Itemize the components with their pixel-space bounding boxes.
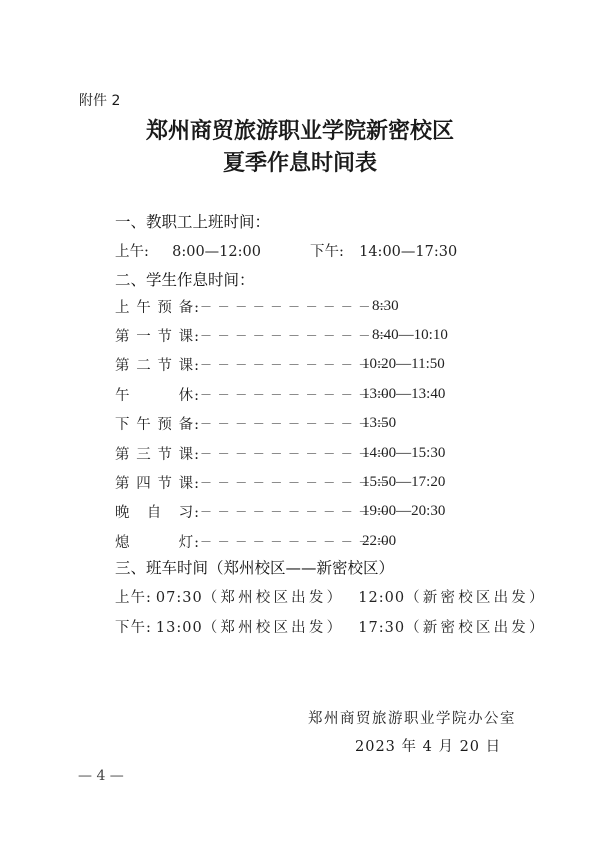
label-char: 预 [157, 413, 173, 434]
staff-morning-label: 上午: [115, 244, 149, 260]
schedule-row: 熄灯:－－－－－－－－－－－22:00 [115, 531, 396, 551]
label-char: 四 [136, 472, 152, 493]
staff-afternoon: 下午: 14:00—17:30 [310, 240, 457, 261]
label-char: 第 [115, 472, 131, 493]
page-number: — 4 — [78, 768, 124, 784]
dash-leader: －－－－－－－－－－－ [200, 474, 362, 491]
schedule-row-time: 22:00 [362, 533, 396, 550]
label-char: 第 [115, 354, 131, 375]
dash-leader: －－－－－－－－－－－ [200, 386, 362, 403]
dash-leader: －－－－－－－－－－－ [200, 356, 362, 373]
bus-period: 上午: [115, 586, 152, 607]
bus-departure-time-2: 12:00 [358, 590, 405, 606]
label-char: 熄 [115, 531, 131, 552]
staff-afternoon-label: 下午: [310, 244, 344, 260]
bus-departure-origin-2: （新密校区出发） [405, 616, 547, 637]
schedule-row: 下午预备:－－－－－－－－－－－13:50 [115, 414, 396, 434]
staff-morning-time: 8:00—12:00 [172, 244, 261, 260]
attachment-label: 附件 2 [79, 90, 120, 110]
dash-leader: －－－－－－－－－－－ [200, 298, 362, 315]
schedule-row-label: 熄灯: [115, 531, 200, 552]
staff-hours-line: 上午: 8:00—12:00 [115, 240, 261, 261]
staff-afternoon-time: 14:00—17:30 [359, 244, 457, 260]
schedule-row: 上午预备:－－－－－－－－－－－8:30 [115, 296, 399, 316]
label-char: 一 [136, 325, 152, 346]
schedule-row-time: 15:50—17:20 [362, 474, 445, 491]
dash-leader: －－－－－－－－－－－ [200, 415, 362, 432]
label-char: 节 [157, 325, 173, 346]
label-char: 三 [136, 443, 152, 464]
dash-leader: －－－－－－－－－－－ [200, 445, 362, 462]
bus-row: 下午:13:00（郑州校区出发）17:30（新密校区出发） [115, 616, 547, 637]
schedule-row: 晚自习:－－－－－－－－－－－19:00—20:30 [115, 502, 445, 522]
label-char: 下 [115, 413, 131, 434]
label-char: 备: [179, 413, 200, 434]
schedule-row-time: 10:20—11:50 [362, 356, 445, 373]
label-char: 第 [115, 443, 131, 464]
label-char: 备: [179, 296, 200, 317]
schedule-row: 午休:－－－－－－－－－－－13:00—13:40 [115, 384, 445, 404]
label-char: 午 [136, 413, 152, 434]
schedule-row-label: 第三节课: [115, 443, 200, 464]
schedule-row: 第四节课:－－－－－－－－－－－15:50—17:20 [115, 472, 445, 492]
label-char: 灯: [179, 531, 200, 552]
schedule-row: 第一节课:－－－－－－－－－－－8:40—10:10 [115, 325, 448, 345]
label-char: 课: [179, 472, 200, 493]
student-schedule-heading: 二、学生作息时间： [115, 268, 255, 290]
dash-leader: －－－－－－－－－－－ [200, 503, 362, 520]
label-char: 节 [157, 472, 173, 493]
schedule-row-label: 上午预备: [115, 296, 200, 317]
bus-departure-origin-1: （郑州校区出发） [203, 586, 345, 607]
label-char: 节 [157, 354, 173, 375]
document-title: 郑州商贸旅游职业学院新密校区 [0, 114, 600, 145]
schedule-row: 第二节课:－－－－－－－－－－－10:20—11:50 [115, 355, 445, 375]
bus-row: 上午:07:30（郑州校区出发）12:00（新密校区出发） [115, 586, 547, 607]
bus-period: 下午: [115, 616, 152, 637]
label-char: 课: [179, 443, 200, 464]
schedule-row-time: 14:00—15:30 [362, 445, 445, 462]
schedule-row-time: 8:30 [362, 298, 399, 315]
bus-departure-time-1: 07:30 [156, 590, 203, 606]
schedule-row: 第三节课:－－－－－－－－－－－14:00—15:30 [115, 443, 445, 463]
schedule-row-label: 午休: [115, 384, 200, 405]
schedule-row-label: 第二节课: [115, 354, 200, 375]
bus-departure-time-2: 17:30 [358, 620, 405, 636]
bus-departure-origin-1: （郑州校区出发） [203, 616, 345, 637]
schedule-row-time: 13:50 [362, 415, 396, 432]
label-char: 习: [179, 501, 200, 522]
document-subtitle: 夏季作息时间表 [0, 146, 600, 177]
schedule-row-time: 19:00—20:30 [362, 503, 445, 520]
label-char: 午 [115, 384, 131, 405]
label-char: 节 [157, 443, 173, 464]
schedule-row-time: 8:40—10:10 [362, 327, 448, 344]
label-char: 午 [136, 296, 152, 317]
schedule-row-label: 晚自习: [115, 501, 200, 522]
staff-hours-heading: 一、教职工上班时间： [115, 210, 270, 232]
issuer-signature: 郑州商贸旅游职业学院办公室 [308, 707, 516, 728]
label-char: 晚 [115, 501, 131, 522]
bus-schedule-heading: 三、班车时间（郑州校区——新密校区） [115, 556, 394, 578]
schedule-row-time: 13:00—13:40 [362, 386, 445, 403]
label-char: 预 [157, 296, 173, 317]
bus-departure-time-1: 13:00 [156, 620, 203, 636]
issue-date: 2023 年 4 月 20 日 [355, 735, 501, 756]
label-char: 课: [179, 354, 200, 375]
label-char: 第 [115, 325, 131, 346]
label-char: 上 [115, 296, 131, 317]
bus-departure-origin-2: （新密校区出发） [405, 586, 547, 607]
label-char: 课: [179, 325, 200, 346]
dash-leader: －－－－－－－－－－－ [200, 533, 362, 550]
schedule-row-label: 第四节课: [115, 472, 200, 493]
dash-leader: －－－－－－－－－－－ [200, 327, 362, 344]
label-char: 二 [136, 354, 152, 375]
label-char: 休: [179, 384, 200, 405]
label-char: 自 [147, 501, 163, 522]
schedule-row-label: 第一节课: [115, 325, 200, 346]
schedule-row-label: 下午预备: [115, 413, 200, 434]
